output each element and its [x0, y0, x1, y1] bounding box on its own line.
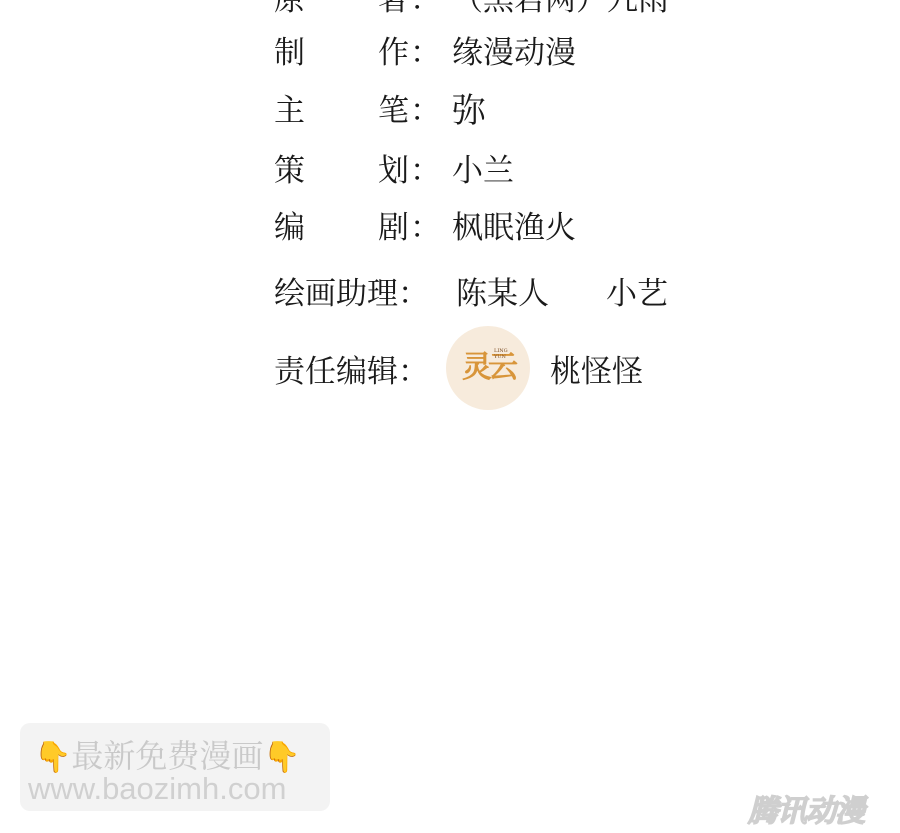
credit-value: 小兰 — [452, 151, 514, 191]
watermark-url: www.baozimh.com — [28, 771, 286, 807]
pointing-down-hand-icon: 👇 — [263, 740, 300, 775]
lingyun-logo-text: LING YUN — [494, 348, 508, 360]
colon: ： — [410, 151, 441, 191]
baozimh-watermark: 👇最新免费漫画👇 www.baozimh.com — [20, 723, 330, 811]
colon: ： — [410, 91, 441, 131]
credit-value: 弥 — [452, 91, 486, 131]
credit-label: 剧 — [378, 208, 409, 248]
colon: ： — [410, 208, 441, 248]
pointing-down-hand-icon: 👇 — [34, 740, 71, 775]
lingyun-logo: 灵云 LING YUN — [446, 326, 530, 410]
credit-value: 枫眠渔火 — [452, 208, 576, 248]
assistant-name: 小艺 — [606, 274, 668, 314]
colon: ： — [410, 0, 441, 20]
credit-label: 主 — [274, 91, 305, 131]
credit-label: 笔 — [378, 91, 409, 131]
credit-label: 原 — [274, 0, 305, 20]
credit-label: 责任编辑： — [274, 352, 429, 392]
credit-label: 著 — [378, 0, 409, 20]
credit-label: 划 — [378, 151, 409, 191]
tencent-comic-logo: 腾讯动漫 — [748, 786, 864, 830]
credit-label: 绘画助理： — [274, 274, 429, 314]
credit-value: 缘漫动漫 — [452, 33, 576, 73]
assistant-name: 陈某人 — [456, 274, 549, 314]
credit-value: （黑岩网）九雨 — [452, 0, 669, 20]
colon: ： — [410, 33, 441, 73]
credit-label: 作 — [378, 33, 409, 73]
credit-label: 编 — [274, 208, 305, 248]
watermark-title: 最新免费漫画 — [71, 737, 263, 775]
credit-label: 策 — [274, 151, 305, 191]
credit-label: 制 — [274, 33, 305, 73]
editor-name: 桃怪怪 — [550, 352, 643, 392]
